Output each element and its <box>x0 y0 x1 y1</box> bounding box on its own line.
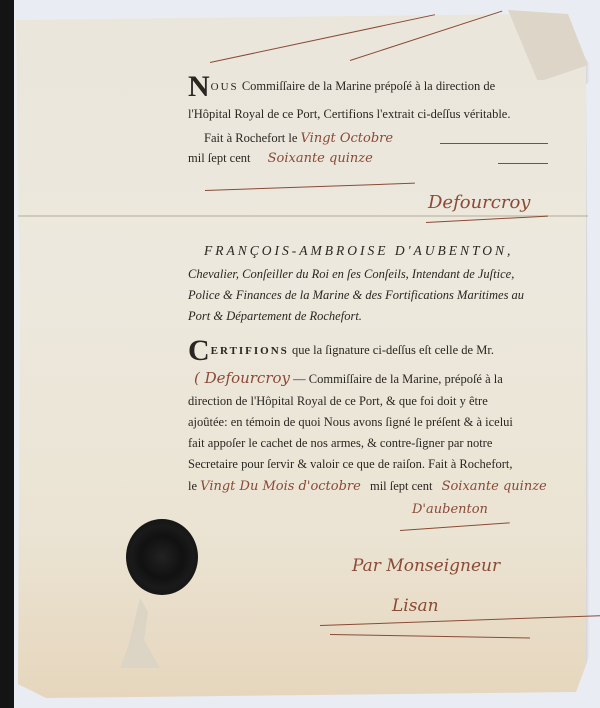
certification-line-5: fait appoſer le cachet de nos armes, & c… <box>188 433 492 454</box>
handwritten-date: Vingt Octobre <box>301 131 394 146</box>
certification-line-2-text: — Commiſſaire de la Marine, prépoſé à la <box>293 372 503 386</box>
wax-seal-icon <box>126 519 198 595</box>
year-label: mil ſept cent <box>188 151 250 165</box>
header-lead-caps: OUS <box>211 81 239 93</box>
signature-daubenton: D'aubenton <box>412 502 488 517</box>
header-line-4: mil ſept cent Soixante quinze <box>188 148 373 169</box>
handwritten-year-2: Soixante quinze <box>442 479 547 494</box>
signature-defourcroy: Defourcroy <box>428 192 530 213</box>
year-label-2: mil ſept cent <box>370 479 432 493</box>
header-line-2: l'Hôpital Royal de ce Port, Certifions l… <box>188 104 568 125</box>
intendant-line-1: Chevalier, Conſeiller du Roi en ſes Conſ… <box>188 264 514 285</box>
fill-line <box>498 163 548 164</box>
signature-par-monseigneur: Par Monseigneur <box>352 556 500 576</box>
certification-line-1: CERTIFIONS que la ſignature ci-deſſus eſ… <box>188 340 494 362</box>
certification-dropcap: C <box>188 334 210 367</box>
certification-lead-caps: ERTIFIONS <box>211 345 289 357</box>
handwritten-year: Soixante quinze <box>268 151 373 166</box>
header-dropcap: N <box>188 70 210 103</box>
certification-line-6: Secretaire pour ſervir & valoir ce que d… <box>188 454 513 475</box>
intendant-line-2: Police & Finances de la Marine & des For… <box>188 285 524 306</box>
fill-line <box>440 143 548 144</box>
certification-line-7: le Vingt Du Mois d'octobre mil ſept cent… <box>188 476 547 497</box>
paper-fold-line <box>18 215 588 217</box>
dark-left-border <box>0 0 14 708</box>
certification-line-3: direction de l'Hôpital Royal de ce Port,… <box>188 391 488 412</box>
date-prefix: le <box>188 479 197 493</box>
certification-line-2: ( Defourcroy — Commiſſaire de la Marine,… <box>194 368 503 390</box>
header-line-3: Fait à Rochefort le Vingt Octobre <box>204 128 393 149</box>
place-date-label: Fait à Rochefort le <box>204 131 297 145</box>
certification-line-1-text: que la ſignature ci-deſſus eſt celle de … <box>292 343 494 357</box>
certification-line-4: ajoûtée: en témoin de quoi Nous avons ſi… <box>188 412 513 433</box>
intendant-line-3: Port & Département de Rochefort. <box>188 306 362 327</box>
handwritten-name: ( Defourcroy <box>194 369 290 387</box>
header-line-1-text: Commiſſaire de la Marine prépoſé à la di… <box>242 79 495 93</box>
signature-secretary: Lisan <box>392 596 439 616</box>
handwritten-day-month: Vingt Du Mois d'octobre <box>200 479 361 494</box>
header-line-1: NOUS Commiſſaire de la Marine prépoſé à … <box>188 76 556 98</box>
intendant-name: FRANÇOIS-AMBROISE D'AUBENTON, <box>204 240 513 261</box>
